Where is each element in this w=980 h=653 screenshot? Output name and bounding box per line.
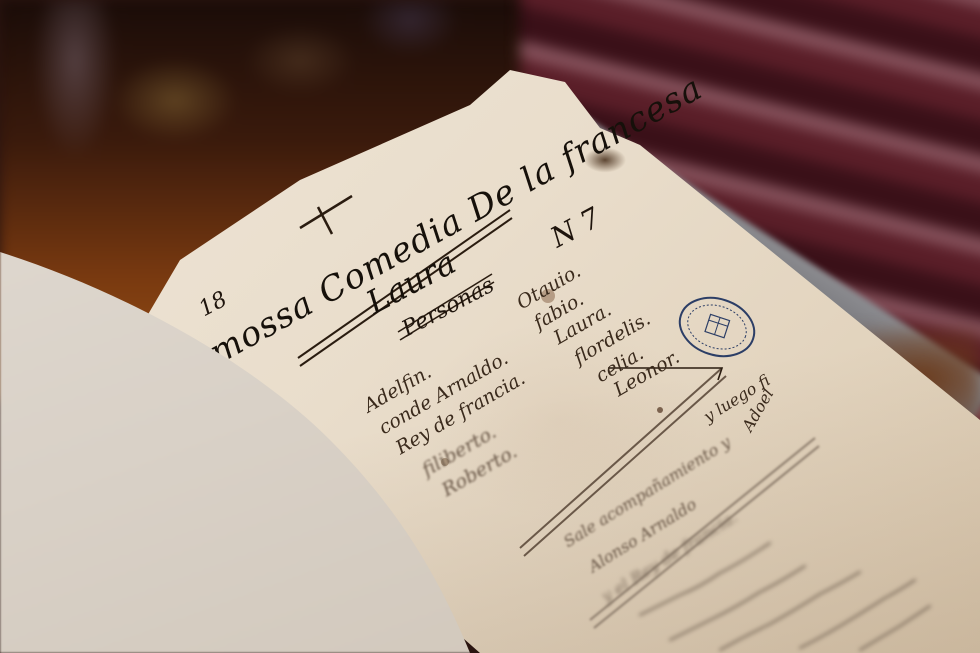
photo-scene: 18 famossa Comedia De la francesa Laura …	[0, 0, 980, 653]
